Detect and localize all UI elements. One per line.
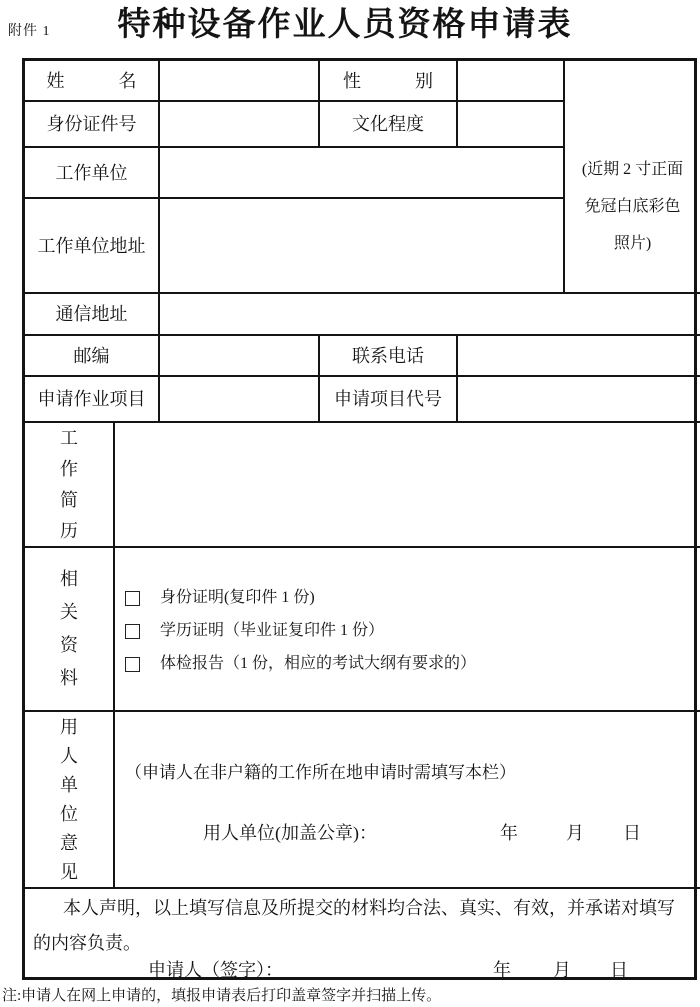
gender-input-cell[interactable]	[458, 61, 565, 102]
employer-input-cell[interactable]	[160, 148, 565, 199]
application-form-table: 姓 名 性 别 (近期 2 寸正面 免冠白底彩色 照片) 身份证件号 文化程度 …	[22, 58, 697, 980]
mail-address-input-cell[interactable]	[160, 294, 700, 336]
project-code-label: 申请项目代号	[320, 377, 458, 423]
name-label: 姓 名	[25, 61, 160, 102]
employer-opinion-label: 用 人 单 位 意 见	[25, 712, 115, 889]
id-number-label: 身份证件号	[25, 102, 160, 148]
work-history-label: 工 作 简 历	[25, 423, 115, 548]
employer-date-year: 年	[500, 822, 518, 844]
postcode-input-cell[interactable]	[160, 336, 320, 377]
material-item-diploma: 学历证明（毕业证复印件 1 份）	[125, 621, 384, 641]
job-project-label: 申请作业项目	[25, 377, 160, 423]
related-materials-cell: 身份证明(复印件 1 份) 学历证明（毕业证复印件 1 份） 体检报告（1 份，…	[115, 548, 700, 712]
employer-opinion-note: （申请人在非户籍的工作所在地申请时需填写本栏）	[125, 762, 516, 784]
declaration-line2: 的内容负责。	[33, 932, 141, 954]
material-item-medical: 体检报告（1 份，相应的考试大纲有要求的）	[125, 654, 476, 674]
name-input-cell[interactable]	[160, 61, 320, 102]
employer-date-month: 月	[566, 822, 584, 844]
mail-address-label: 通信地址	[25, 294, 160, 336]
employer-opinion-cell[interactable]: （申请人在非户籍的工作所在地申请时需填写本栏） 用人单位(加盖公章)： 年 月 …	[115, 712, 700, 889]
employer-label: 工作单位	[25, 148, 160, 199]
declaration-cell: 本人声明，以上填写信息及所提交的材料均合法、真实、有效，并承诺对填写 的内容负责…	[25, 889, 700, 983]
phone-label: 联系电话	[320, 336, 458, 377]
project-code-input-cell[interactable]	[458, 377, 700, 423]
sign-date-day: 日	[610, 959, 628, 981]
employer-address-input-cell[interactable]	[160, 199, 565, 294]
education-label: 文化程度	[320, 102, 458, 148]
checkbox-icon[interactable]	[125, 624, 140, 639]
sign-date-month: 月	[553, 959, 571, 981]
phone-input-cell[interactable]	[458, 336, 700, 377]
sign-date-year: 年	[493, 959, 511, 981]
gender-label: 性 别	[320, 61, 458, 102]
photo-placeholder: (近期 2 寸正面 免冠白底彩色 照片)	[565, 61, 700, 294]
material-item-identity: 身份证明(复印件 1 份)	[125, 588, 315, 608]
employer-seal-label: 用人单位(加盖公章)：	[203, 822, 377, 844]
applicant-sign-label: 申请人（签字）：	[148, 959, 283, 981]
declaration-line1: 本人声明，以上填写信息及所提交的材料均合法、真实、有效，并承诺对填写	[63, 897, 675, 919]
related-materials-label: 相 关 资 料	[25, 548, 115, 712]
education-input-cell[interactable]	[458, 102, 565, 148]
page-title: 特种设备作业人员资格申请表	[0, 5, 690, 45]
checkbox-icon[interactable]	[125, 591, 140, 606]
work-history-input-cell[interactable]	[115, 423, 700, 548]
material-item-label: 身份证明(复印件 1 份)	[160, 588, 315, 608]
employer-address-label: 工作单位地址	[25, 199, 160, 294]
employer-date-day: 日	[623, 822, 641, 844]
material-item-label: 学历证明（毕业证复印件 1 份）	[160, 621, 384, 641]
job-project-input-cell[interactable]	[160, 377, 320, 423]
postcode-label: 邮编	[25, 336, 160, 377]
form-footnote: 注:申请人在网上申请的，填报申请表后打印盖章签字并扫描上传。	[2, 984, 441, 1005]
application-form-page: 附件 1 特种设备作业人员资格申请表 姓 名 性 别 (近期 2 寸正面 免冠白…	[0, 0, 700, 1007]
checkbox-icon[interactable]	[125, 657, 140, 672]
id-number-input-cell[interactable]	[160, 102, 320, 148]
material-item-label: 体检报告（1 份，相应的考试大纲有要求的）	[160, 654, 476, 674]
